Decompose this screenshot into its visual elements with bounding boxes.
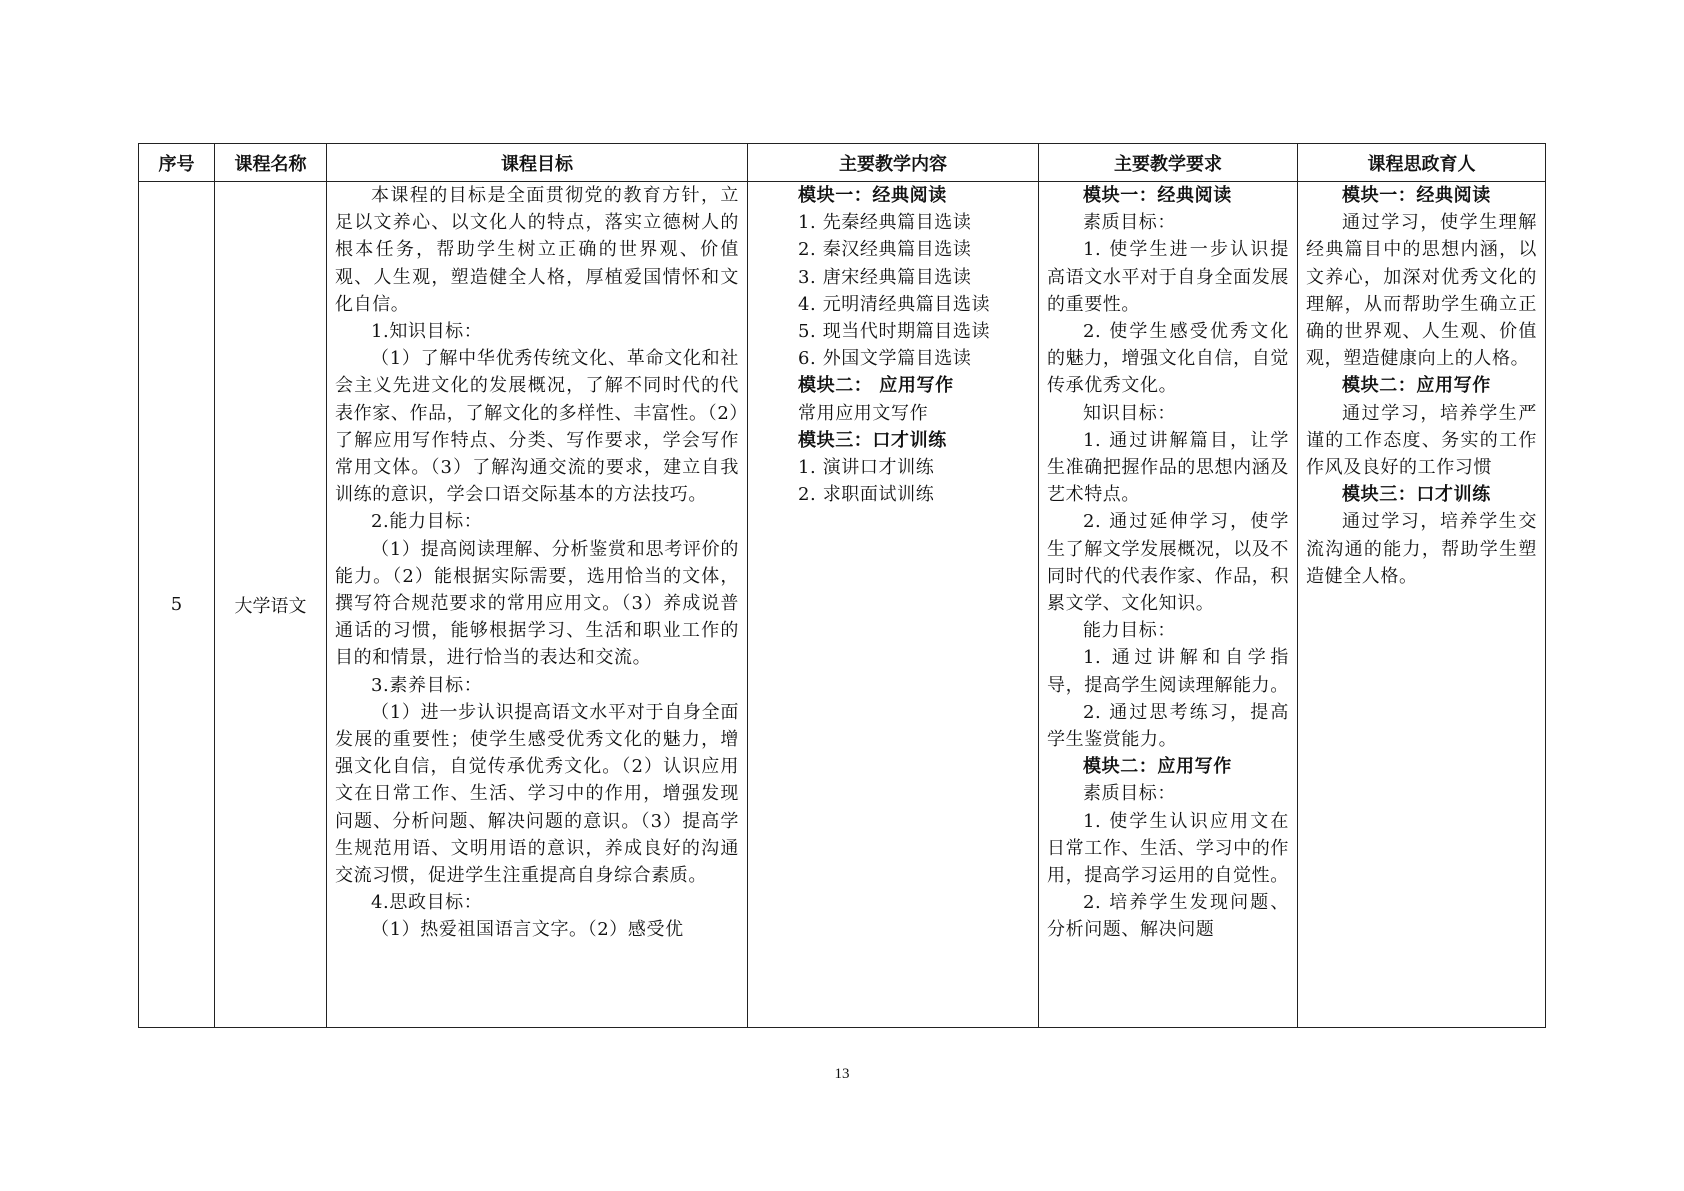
quality-title: 3.素养目标： (335, 672, 739, 699)
header-objectives: 课程目标 (327, 144, 748, 182)
header-requirements: 主要教学要求 (1039, 144, 1298, 182)
table-row: 5 大学语文 本课程的目标是全面贯彻党的教育方针，立足以文养心、以文化人的特点，… (139, 182, 1546, 1028)
content-module1-item: 3. 唐宋经典篇目选读 (798, 264, 1030, 291)
content-module1-item: 4. 元明清经典篇目选读 (798, 291, 1030, 318)
req-module1-title: 模块一：经典阅读 (1047, 182, 1289, 209)
req-m2-quality-2: 2. 培养学生发现问题、分析问题、解决问题 (1047, 889, 1289, 943)
cell-requirements: 模块一：经典阅读 素质目标： 1. 使学生进一步认识提高语文水平对于自身全面发展… (1039, 182, 1298, 1028)
cell-content: 模块一：经典阅读 1. 先秦经典篇目选读 2. 秦汉经典篇目选读 3. 唐宋经典… (748, 182, 1039, 1028)
header-course-name: 课程名称 (215, 144, 327, 182)
content-module1-item: 2. 秦汉经典篇目选读 (798, 236, 1030, 263)
req-m1-knowledge-2: 2. 通过延伸学习，使学生了解文学发展概况，以及不同时代的代表作家、作品，积累文… (1047, 508, 1289, 617)
req-m1-quality-2: 2. 使学生感受优秀文化的魅力，增强文化自信，自觉传承优秀文化。 (1047, 318, 1289, 400)
req-m1-knowledge-label: 知识目标： (1047, 400, 1289, 427)
content-module1-item: 5. 现当代时期篇目选读 (798, 318, 1030, 345)
req-m1-ability-1: 1. 通过讲解和自学指导，提高学生阅读理解能力。 (1047, 644, 1289, 698)
ideo-module2-title: 模块二：应用写作 (1306, 372, 1537, 399)
req-m2-quality-label: 素质目标： (1047, 780, 1289, 807)
content-module2-item: 常用应用文写作 (798, 400, 1030, 427)
ability-text: （1）提高阅读理解、分析鉴赏和思考评价的能力。（2）能根据实际需要，选用恰当的文… (335, 536, 739, 672)
ideology-text: （1）热爱祖国语言文字。（2）感受优 (335, 916, 739, 943)
req-m2-quality-1: 1. 使学生认识应用文在日常工作、生活、学习中的作用，提高学习运用的自觉性。 (1047, 808, 1289, 890)
content-module3-title: 模块三：口才训练 (798, 427, 1030, 454)
cell-objectives: 本课程的目标是全面贯彻党的教育方针，立足以文养心、以文化人的特点，落实立德树人的… (327, 182, 748, 1028)
content-module1-item: 1. 先秦经典篇目选读 (798, 209, 1030, 236)
course-table: 序号 课程名称 课程目标 主要教学内容 主要教学要求 课程思政育人 5 大学语文… (138, 143, 1546, 1028)
header-content: 主要教学内容 (748, 144, 1039, 182)
ideo-module1-text: 通过学习，使学生理解经典篇目中的思想内涵，以文养心，加深对优秀文化的理解，从而帮… (1306, 209, 1537, 372)
req-module2-title: 模块二：应用写作 (1047, 753, 1289, 780)
req-m1-quality-1: 1. 使学生进一步认识提高语文水平对于自身全面发展的重要性。 (1047, 236, 1289, 318)
ideo-module3-text: 通过学习，培养学生交流沟通的能力，帮助学生塑造健全人格。 (1306, 508, 1537, 590)
page-number: 13 (0, 1066, 1684, 1083)
knowledge-text: （1）了解中华优秀传统文化、革命文化和社会主义先进文化的发展概况，了解不同时代的… (335, 345, 739, 508)
header-index: 序号 (139, 144, 215, 182)
cell-ideology: 模块一：经典阅读 通过学习，使学生理解经典篇目中的思想内涵，以文养心，加深对优秀… (1298, 182, 1546, 1028)
ideo-module2-text: 通过学习，培养学生严谨的工作态度、务实的工作作风及良好的工作习惯 (1306, 400, 1537, 482)
content-module2-title: 模块二： 应用写作 (798, 372, 1030, 399)
content-module3-item: 1. 演讲口才训练 (798, 454, 1030, 481)
quality-text: （1）进一步认识提高语文水平对于自身全面发展的重要性；使学生感受优秀文化的魅力，… (335, 699, 739, 889)
req-m1-knowledge-1: 1. 通过讲解篇目，让学生准确把握作品的思想内涵及艺术特点。 (1047, 427, 1289, 509)
table-header-row: 序号 课程名称 课程目标 主要教学内容 主要教学要求 课程思政育人 (139, 144, 1546, 182)
ideo-module3-title: 模块三：口才训练 (1306, 481, 1537, 508)
knowledge-title: 1.知识目标： (335, 318, 739, 345)
content-module1-item: 6. 外国文学篇目选读 (798, 345, 1030, 372)
req-m1-ability-2: 2. 通过思考练习，提高学生鉴赏能力。 (1047, 699, 1289, 753)
ideology-title: 4.思政目标： (335, 889, 739, 916)
cell-course-name: 大学语文 (215, 182, 327, 1028)
cell-index: 5 (139, 182, 215, 1028)
objectives-intro: 本课程的目标是全面贯彻党的教育方针，立足以文养心、以文化人的特点，落实立德树人的… (335, 182, 739, 318)
header-ideology: 课程思政育人 (1298, 144, 1546, 182)
ideo-module1-title: 模块一：经典阅读 (1306, 182, 1537, 209)
content-module3-item: 2. 求职面试训练 (798, 481, 1030, 508)
req-m1-quality-label: 素质目标： (1047, 209, 1289, 236)
content-module1-title: 模块一：经典阅读 (798, 182, 1030, 209)
req-m1-ability-label: 能力目标： (1047, 617, 1289, 644)
ability-title: 2.能力目标： (335, 508, 739, 535)
